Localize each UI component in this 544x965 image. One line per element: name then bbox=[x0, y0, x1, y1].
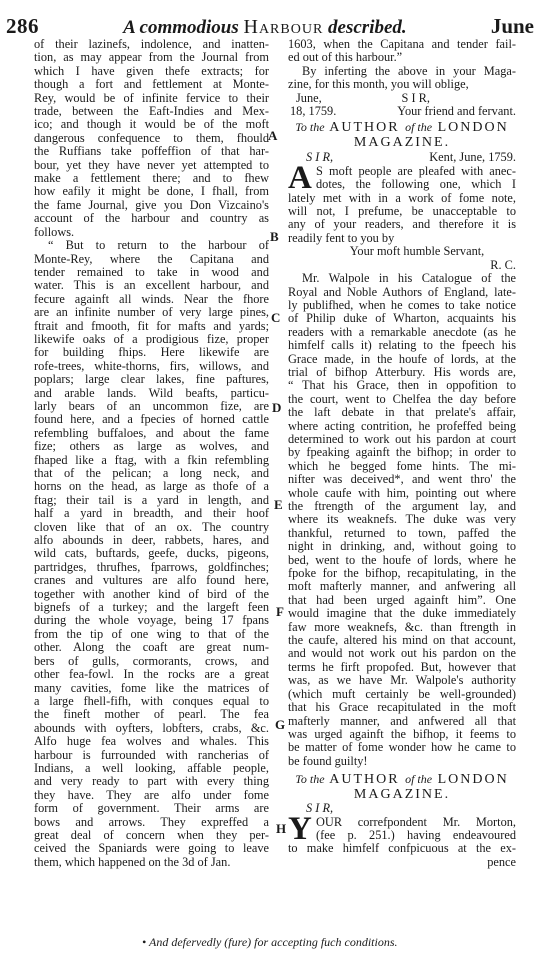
text-line: night in drinking, and, without going to bbox=[288, 540, 516, 553]
text-line: readily fent to you by bbox=[288, 232, 516, 245]
text-line: terms he firft propofed. But, however th… bbox=[288, 661, 516, 674]
text-line: which I have given thefe extracts; for bbox=[34, 65, 269, 78]
text-line: be found guilty! bbox=[288, 755, 516, 768]
text-line: bignefs of a turkey; and the largeft fee… bbox=[34, 601, 269, 614]
margin-letter-g: G bbox=[275, 717, 285, 733]
text-line: “ But to return to the harbour of bbox=[34, 239, 269, 252]
text-line: the ftrength of the argument lay, and bbox=[288, 500, 516, 513]
margin-letter-d: D bbox=[272, 400, 281, 416]
text-line: By inferting the above in your Maga- bbox=[288, 65, 516, 78]
text-line: tion, as may appear from the Journal fro… bbox=[34, 51, 269, 64]
text-line: form of government. Their arms are bbox=[34, 802, 269, 815]
signoff-row-1: June, S I R, bbox=[288, 92, 516, 105]
text-line: together with another kind of bird of th… bbox=[34, 588, 269, 601]
text-line: lately met with in a work of fome note, bbox=[288, 192, 516, 205]
catchword: pence bbox=[288, 856, 516, 869]
text-line: will not, I prefume, be unacceptable to bbox=[288, 205, 516, 218]
text-line: was urged againft the bifhop, it feems t… bbox=[288, 728, 516, 741]
text-line: (which muft certainly be well-grounded) bbox=[288, 688, 516, 701]
footnote-marker: • bbox=[142, 935, 146, 949]
text-line: dangerous confequence to them, fhould bbox=[34, 132, 269, 145]
text-line: cranes and vultures are alfo found here, bbox=[34, 574, 269, 587]
text-line: readers with a remarkable anecdote (as h… bbox=[288, 326, 516, 339]
text-line: larly bears of an uncommon fize, are bbox=[34, 400, 269, 413]
footnote: • And defervedly (fure) for accepting fu… bbox=[142, 935, 397, 950]
text-line: the Ruffians take poffeffion of that har… bbox=[34, 145, 269, 158]
text-line: “ That his Grace, then in oppofition to bbox=[288, 379, 516, 392]
text-line: nifter was deceived*, and went thro' the bbox=[288, 473, 516, 486]
heading-london: LONDON bbox=[438, 772, 509, 787]
page-number: 286 bbox=[6, 14, 39, 39]
text-line: the court, went to Chelfea the day befor… bbox=[288, 393, 516, 406]
text-line: Mr. Walpole in his Catalogue of the bbox=[288, 272, 516, 285]
heading-magazine: MAGAZINE. bbox=[288, 787, 516, 802]
text-line: determined to work out his pardon at cou… bbox=[288, 433, 516, 446]
text-line: cloven like that of an ox. The country bbox=[34, 521, 269, 534]
drop-cap: A bbox=[288, 164, 312, 192]
heading-magazine: MAGAZINE. bbox=[288, 135, 516, 150]
text-line: alfo abounds in deer, rabbets, hares, an… bbox=[34, 534, 269, 547]
text-line: of their lazinefs, indolence, and inatte… bbox=[34, 38, 269, 51]
text-line: ftrait and fmooth, fit for mafts and yar… bbox=[34, 320, 269, 333]
letter-2: To the AUTHOR of the LONDON MAGAZINE. S … bbox=[288, 120, 516, 768]
running-title-prefix: A commodious bbox=[123, 17, 239, 38]
text-line: water. This is an excellent harbour, and bbox=[34, 279, 269, 292]
signoff-date: 18, 1759. bbox=[290, 105, 336, 118]
signoff-month: June, bbox=[296, 92, 322, 105]
text-line: mafterly manner, and anfwered all that bbox=[288, 715, 516, 728]
left-column: of their lazinefs, indolence, and inatte… bbox=[34, 38, 269, 869]
text-line: (fee p. 251.) having endeavoured bbox=[288, 829, 516, 842]
text-line: the caufe, altered his mind on that acco… bbox=[288, 634, 516, 647]
margin-letter-a: A bbox=[268, 128, 277, 144]
text-line: any of your readers, and therefore it is bbox=[288, 218, 516, 231]
text-line: moft mafterly manner, and anfwering all bbox=[288, 580, 516, 593]
text-line: a large fhell-fifh, with conques equal t… bbox=[34, 695, 269, 708]
text-line: was, as we have Mr. Walpole's authority bbox=[288, 674, 516, 687]
text-line: rofe-trees, white-thorns, firs, willows,… bbox=[34, 360, 269, 373]
heading-of: of the bbox=[405, 120, 432, 134]
text-line: ly publifhed, when he comes to take noti… bbox=[288, 299, 516, 312]
text-line: many cavities, fome like the matrices of bbox=[34, 682, 269, 695]
letter-heading: To the AUTHOR of the LONDON bbox=[288, 120, 516, 135]
text-line: follows. bbox=[34, 226, 269, 239]
text-line: Royal and Noble Authors of England, late… bbox=[288, 286, 516, 299]
running-title-main: Harbour bbox=[244, 16, 324, 38]
text-line: trial of bifhop Atterbury. His words are… bbox=[288, 366, 516, 379]
magazine-page: 286 A commodious Harbour described. June… bbox=[0, 0, 544, 965]
text-line: of Philip duke of Wharton, acquaints his bbox=[288, 312, 516, 325]
heading-to: To the bbox=[295, 120, 324, 134]
text-line: would imagine that the duke immediately bbox=[288, 607, 516, 620]
margin-letter-e: E bbox=[274, 497, 283, 513]
text-line: Rey, would be of infinite fervice to the… bbox=[34, 92, 269, 105]
text-line: fpoke for the bifhop, recapitulating, in… bbox=[288, 567, 516, 580]
text-line: Monte-Rey, where the Capitana and bbox=[34, 253, 269, 266]
text-line: bows and arrows. They expreffed a bbox=[34, 816, 269, 829]
text-line: fhaped like a ftag, with a fkin refembli… bbox=[34, 454, 269, 467]
text-line: are an infinite number of very large pin… bbox=[34, 306, 269, 319]
text-line: the fineft mother of pearl. The fea bbox=[34, 708, 269, 721]
text-line: wild cats, buftards, geefe, ducks, pigeo… bbox=[34, 547, 269, 560]
signoff-salutation: S I R, bbox=[402, 92, 430, 105]
text-line: be matter of fome wonder how he came to bbox=[288, 741, 516, 754]
signoff-closing: Your friend and fervant. bbox=[397, 105, 516, 118]
text-line: abounds with oyfters, lobfters, crabs, &… bbox=[34, 722, 269, 735]
text-line: bour, yet they have never yet attempted … bbox=[34, 159, 269, 172]
text-line: fize; others as large as wolves, and bbox=[34, 440, 269, 453]
salutation-row: S I R, Kent, June, 1759. bbox=[288, 151, 516, 164]
text-line: ftag; their tail is a yard in length, an… bbox=[34, 494, 269, 507]
text-line: how eafily it might be done, I fhall, fr… bbox=[34, 185, 269, 198]
text-line: harbour is furrounded with rancherias of bbox=[34, 749, 269, 762]
text-line: Alfo huge fea wolves and whales. This bbox=[34, 735, 269, 748]
text-line: whole caufe with him, pointing out where bbox=[288, 487, 516, 500]
margin-letter-h: H bbox=[276, 821, 286, 837]
text-line: thankful, returned to town, paffed the bbox=[288, 527, 516, 540]
running-title-suffix: described. bbox=[328, 17, 407, 38]
text-line: where its weaknefs. The duke was very bbox=[288, 513, 516, 526]
heading-author: AUTHOR bbox=[329, 772, 399, 787]
text-line: for building fhips. Here likewife are bbox=[34, 346, 269, 359]
text-line: ceived the Spaniards were going to leave bbox=[34, 842, 269, 855]
signoff-row-2: 18, 1759. Your friend and fervant. bbox=[288, 105, 516, 118]
text-line: that had been urged againft him”. One bbox=[288, 594, 516, 607]
text-line: himfelf calls it) relating to the fpeech… bbox=[288, 339, 516, 352]
text-line: by fpeaking againft the bifhop; in order… bbox=[288, 446, 516, 459]
text-line: other fea-fowl. In the rocks are a great bbox=[34, 668, 269, 681]
letter-1: 1603, when the Capitana and tender fail-… bbox=[288, 38, 516, 118]
text-line: found here, and a fpecies of horned catt… bbox=[34, 413, 269, 426]
text-line: other. Along the coaft are great num- bbox=[34, 641, 269, 654]
text-line: ed out of this harbour.” bbox=[288, 51, 516, 64]
text-line: account of the harbour and country as bbox=[34, 212, 269, 225]
text-line: 1603, when the Capitana and tender fail- bbox=[288, 38, 516, 51]
text-line: the fame Journal, give you Don Vizcaino'… bbox=[34, 199, 269, 212]
text-line: great deal of concern when they per- bbox=[34, 829, 269, 842]
text-line: S moft people are pleafed with anec- bbox=[288, 165, 516, 178]
text-line: them, which happened on the 3d of Jan. bbox=[34, 856, 269, 869]
text-line: bed, went to the houfe of lords, where h… bbox=[288, 554, 516, 567]
place-date: Kent, June, 1759. bbox=[429, 151, 516, 164]
text-line: to make himfelf confpicuous at the ex- bbox=[288, 842, 516, 855]
text-line: make a fettlement there; and to fhew bbox=[34, 172, 269, 185]
heading-author: AUTHOR bbox=[329, 120, 399, 135]
text-line: tender remained to take in wood and bbox=[34, 266, 269, 279]
text-line: horns on the head, as large as thofe of … bbox=[34, 480, 269, 493]
letter-3: To the AUTHOR of the LONDON MAGAZINE. S … bbox=[288, 772, 516, 869]
heading-to: To the bbox=[295, 772, 324, 786]
salutation: S I R, bbox=[288, 802, 516, 815]
text-line: partridges, thrufhes, fparrows, goldfinc… bbox=[34, 561, 269, 574]
letter-body: Mr. Walpole in his Catalogue of theRoyal… bbox=[288, 272, 516, 768]
closing: Your moft humble Servant, bbox=[288, 245, 516, 258]
text-line: from the tip of one wing to that of the bbox=[34, 628, 269, 641]
text-line: and arable lands. Wild beafts, particu- bbox=[34, 387, 269, 400]
margin-letter-c: C bbox=[271, 310, 280, 326]
text-line: and would not work out his pardon on the bbox=[288, 647, 516, 660]
text-line: Grace made, in the houfe of lords, at th… bbox=[288, 353, 516, 366]
text-line: Indians, a well looking, affable people, bbox=[34, 762, 269, 775]
text-line: that his Grace recapitulated in the moft bbox=[288, 701, 516, 714]
intro-paragraph: Y OUR correfpondent Mr. Morton, (fee p. … bbox=[288, 816, 516, 870]
running-month: June bbox=[491, 14, 534, 39]
drop-cap: Y bbox=[288, 815, 312, 843]
text-line: and very ready to part with every thing bbox=[34, 775, 269, 788]
heading-of: of the bbox=[405, 772, 432, 786]
text-line: half a yard in breadth, and their hoof bbox=[34, 507, 269, 520]
text-line: where acting contrition, he profeffed be… bbox=[288, 420, 516, 433]
right-column: 1603, when the Capitana and tender fail-… bbox=[288, 38, 516, 869]
margin-letter-f: F bbox=[276, 604, 284, 620]
text-line: poplars; large clear lakes, fine pafture… bbox=[34, 373, 269, 386]
initials: R. C. bbox=[288, 259, 516, 272]
running-title: A commodious Harbour described. bbox=[123, 16, 407, 39]
text-line: faw more weaknefs, &c. than ftrength in bbox=[288, 621, 516, 634]
text-line: zine, for this month, you will oblige, bbox=[288, 78, 516, 91]
text-line: the laft debate in that prelate's affair… bbox=[288, 406, 516, 419]
text-line: ico; and though it would be of the moft bbox=[34, 118, 269, 131]
footnote-text: And defervedly (fure) for accepting fuch… bbox=[149, 935, 397, 949]
margin-letter-b: B bbox=[270, 229, 279, 245]
text-line: OUR correfpondent Mr. Morton, bbox=[288, 816, 516, 829]
text-line: during the whole voyage, being 17 fpans bbox=[34, 614, 269, 627]
intro-paragraph: A S moft people are pleafed with anec- d… bbox=[288, 165, 516, 245]
text-line: that of the pelican; a long neck, and bbox=[34, 467, 269, 480]
text-line: which he begged fome hints. The mi- bbox=[288, 460, 516, 473]
letter-heading: To the AUTHOR of the LONDON bbox=[288, 772, 516, 787]
text-line: trade, between the Eaft-Indies and Mex- bbox=[34, 105, 269, 118]
text-line: fecure againft all winds. Near the fhore bbox=[34, 293, 269, 306]
text-line: they have. They are alfo under fome bbox=[34, 789, 269, 802]
text-line: though a fort and fettlement at Monte- bbox=[34, 78, 269, 91]
heading-london: LONDON bbox=[438, 120, 509, 135]
text-line: dotes, the following one, which I bbox=[288, 178, 516, 191]
text-line: refembling buffaloes, and about the fame bbox=[34, 427, 269, 440]
text-line: bers of gulls, cormorants, crows, and bbox=[34, 655, 269, 668]
text-line: likewife oaks of a prodigious fize, prop… bbox=[34, 333, 269, 346]
